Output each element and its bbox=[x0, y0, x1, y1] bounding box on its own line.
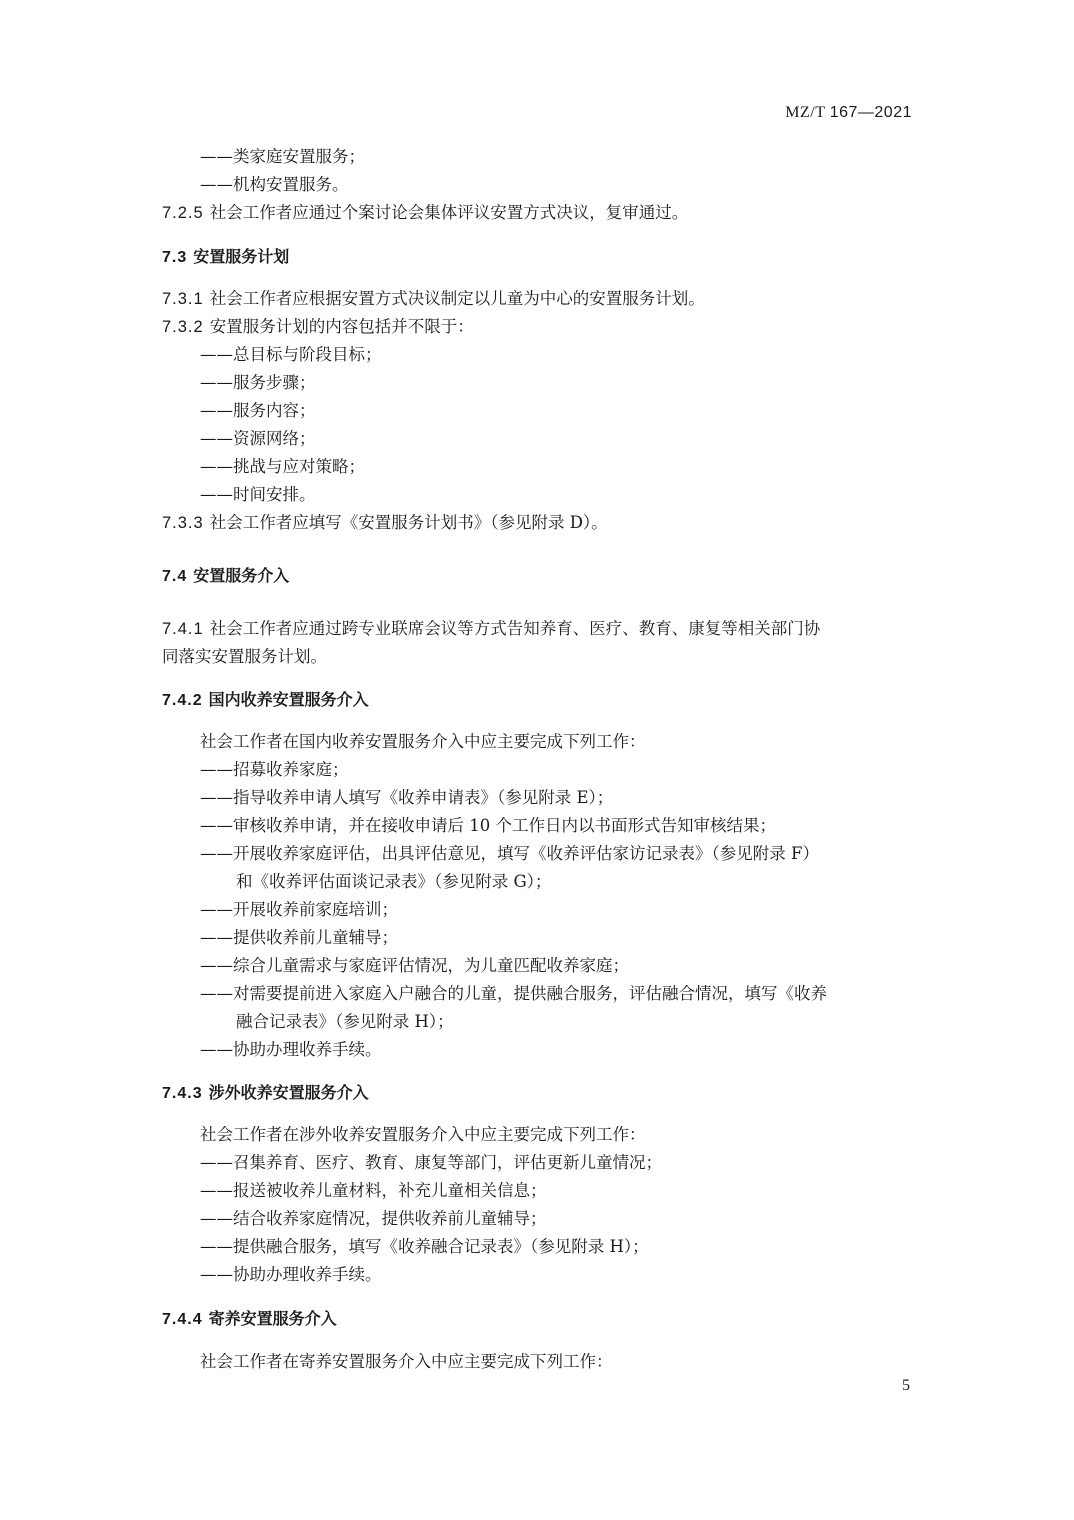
bullet-item: ——招募收养家庭； bbox=[200, 759, 349, 781]
clause-7-2-5: 7.2.5社会工作者应通过个案讨论会集体评议安置方式决议，复审通过。 bbox=[162, 202, 688, 224]
bullet-item: ——开展收养家庭评估，出具评估意见，填写《收养评估家访记录表》（参见附录 F） bbox=[200, 843, 819, 865]
bullet-item: ——类家庭安置服务； bbox=[200, 146, 365, 168]
clause-number: 7.3.2 bbox=[162, 318, 204, 336]
standard-header: MZ/T 167—2021 bbox=[785, 104, 912, 122]
bullet-continuation: 和《收养评估面谈记录表》（参见附录 G）； bbox=[236, 871, 551, 893]
bullet-item: ——结合收养家庭情况，提供收养前儿童辅导； bbox=[200, 1208, 547, 1230]
bullet-item: ——服务内容； bbox=[200, 400, 316, 422]
standard-code: MZ/T bbox=[785, 104, 825, 121]
document-page: MZ/T 167—2021 ——类家庭安置服务； ——机构安置服务。 7.2.5… bbox=[0, 0, 1074, 1520]
standard-number: 167—2021 bbox=[830, 104, 912, 121]
bullet-item: ——审核收养申请，并在接收申请后 10 个工作日内以书面形式告知审核结果； bbox=[200, 815, 776, 837]
bullet-item: ——总目标与阶段目标； bbox=[200, 344, 382, 366]
paragraph-intro: 社会工作者在寄养安置服务介入中应主要完成下列工作： bbox=[200, 1351, 613, 1373]
bullet-item: ——报送被收养儿童材料，补充儿童相关信息； bbox=[200, 1180, 547, 1202]
section-title: 安置服务计划 bbox=[193, 247, 289, 266]
clause-7-4-1: 7.4.1社会工作者应通过跨专业联席会议等方式告知养育、医疗、教育、康复等相关部… bbox=[162, 618, 820, 640]
section-title: 国内收养安置服务介入 bbox=[209, 690, 369, 709]
bullet-item: ——挑战与应对策略； bbox=[200, 456, 365, 478]
bullet-item: ——资源网络； bbox=[200, 428, 316, 450]
bullet-item: ——协助办理收养手续。 bbox=[200, 1039, 382, 1061]
clause-number: 7.4.1 bbox=[162, 620, 204, 638]
clause-7-3-1: 7.3.1社会工作者应根据安置方式决议制定以儿童为中心的安置服务计划。 bbox=[162, 288, 705, 310]
clause-text: 社会工作者应通过跨专业联席会议等方式告知养育、医疗、教育、康复等相关部门协 bbox=[210, 619, 821, 638]
clause-number: 7.2.5 bbox=[162, 204, 204, 222]
clause-7-3-2: 7.3.2安置服务计划的内容包括并不限于： bbox=[162, 316, 474, 338]
section-title: 安置服务介入 bbox=[193, 566, 289, 585]
section-heading-7-3: 7.3安置服务计划 bbox=[162, 246, 289, 269]
section-number: 7.4.4 bbox=[162, 1311, 203, 1328]
paragraph-intro: 社会工作者在国内收养安置服务介入中应主要完成下列工作： bbox=[200, 731, 646, 753]
section-number: 7.4 bbox=[162, 568, 187, 585]
clause-text: 安置服务计划的内容包括并不限于： bbox=[210, 317, 474, 336]
bullet-continuation: 融合记录表》（参见附录 H）； bbox=[236, 1011, 454, 1033]
bullet-item: ——开展收养前家庭培训； bbox=[200, 899, 398, 921]
paragraph-intro: 社会工作者在涉外收养安置服务介入中应主要完成下列工作： bbox=[200, 1124, 646, 1146]
clause-text: 社会工作者应通过个案讨论会集体评议安置方式决议，复审通过。 bbox=[210, 203, 689, 222]
bullet-item: ——提供收养前儿童辅导； bbox=[200, 927, 398, 949]
clause-number: 7.3.1 bbox=[162, 290, 204, 308]
clause-7-4-1-continuation: 同落实安置服务计划。 bbox=[162, 646, 327, 668]
bullet-item: ——提供融合服务，填写《收养融合记录表》（参见附录 H）； bbox=[200, 1236, 649, 1258]
bullet-item: ——协助办理收养手续。 bbox=[200, 1264, 382, 1286]
section-number: 7.4.3 bbox=[162, 1085, 203, 1102]
section-number: 7.3 bbox=[162, 249, 187, 266]
bullet-item: ——服务步骤； bbox=[200, 372, 316, 394]
bullet-item: ——指导收养申请人填写《收养申请表》（参见附录 E）； bbox=[200, 787, 613, 809]
page-number: 5 bbox=[902, 1377, 910, 1395]
section-heading-7-4-2: 7.4.2国内收养安置服务介入 bbox=[162, 689, 369, 712]
bullet-item: ——对需要提前进入家庭入户融合的儿童，提供融合服务，评估融合情况，填写《收养 bbox=[200, 983, 827, 1005]
bullet-item: ——召集养育、医疗、教育、康复等部门，评估更新儿童情况； bbox=[200, 1152, 662, 1174]
section-heading-7-4-4: 7.4.4寄养安置服务介入 bbox=[162, 1308, 337, 1331]
section-heading-7-4-3: 7.4.3涉外收养安置服务介入 bbox=[162, 1082, 369, 1105]
section-title: 寄养安置服务介入 bbox=[209, 1309, 337, 1328]
clause-text: 社会工作者应填写《安置服务计划书》（参见附录 D）。 bbox=[210, 513, 608, 532]
clause-7-3-3: 7.3.3社会工作者应填写《安置服务计划书》（参见附录 D）。 bbox=[162, 512, 608, 534]
section-number: 7.4.2 bbox=[162, 692, 203, 709]
clause-number: 7.3.3 bbox=[162, 514, 204, 532]
section-heading-7-4: 7.4安置服务介入 bbox=[162, 565, 289, 588]
bullet-item: ——时间安排。 bbox=[200, 484, 316, 506]
bullet-item: ——综合儿童需求与家庭评估情况，为儿童匹配收养家庭； bbox=[200, 955, 629, 977]
section-title: 涉外收养安置服务介入 bbox=[209, 1083, 369, 1102]
clause-text: 社会工作者应根据安置方式决议制定以儿童为中心的安置服务计划。 bbox=[210, 289, 705, 308]
bullet-item: ——机构安置服务。 bbox=[200, 174, 349, 196]
